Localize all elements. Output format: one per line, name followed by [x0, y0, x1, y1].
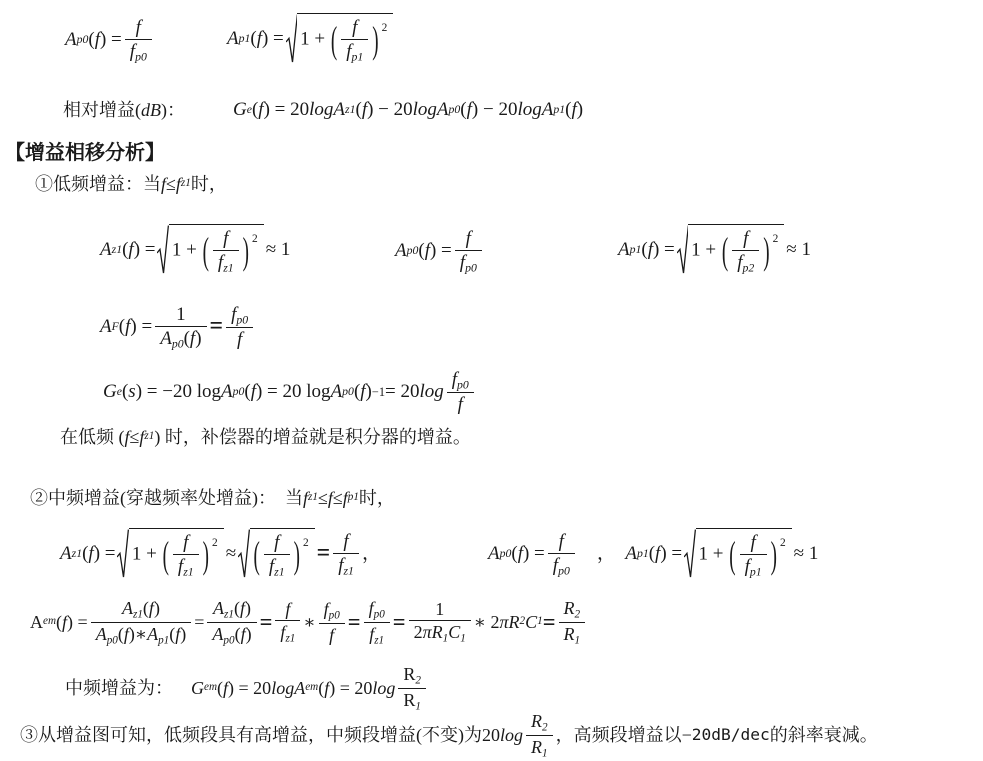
formula-midfreq-ap0-ap1: Ap0(f) = ffp0 ， Ap1(f) = 1 + (ffp1)2 ≈ 1 [488, 516, 818, 592]
item2-mid-freq-intro: ②中频增益(穿越频率处增益)： 当fz1 ≤ f ≤ fp1时， [30, 484, 395, 512]
formula-midfreq-az1: Az1(f) = 1 + (ffz1)2 ≈ (ffz1)2 = ffz1， [60, 516, 381, 592]
lowfreq-note: 在低频 (f ≤ fz1) 时，补偿器的增益就是积分器的增益。 [60, 423, 471, 451]
formula-ap0-definition: Ap0(f) = ffp0 [65, 8, 155, 72]
relative-gain-label: 相对增益(dB)： [63, 95, 185, 125]
item1-low-freq-intro: ①低频增益：当 f ≤ fz1时， [35, 170, 227, 198]
formula-aem: Aem(f) = Az1(f)Ap0(f)∗Ap1(f) = Az1(f)Ap0… [30, 591, 588, 653]
formula-af: AF(f) = 1Ap0(f) = fp0f [100, 297, 256, 357]
section-heading: 【增益相移分析】 [5, 140, 165, 166]
formula-lowfreq-ap0: Ap0(f) = ffp0 [395, 217, 485, 285]
formula-lowfreq-az1: Az1(f) = 1 + (ffz1)2 ≈ 1 [100, 210, 290, 290]
radical-sign [117, 528, 128, 580]
midfreq-gain-line: 中频增益为： Gem(f) = 20logAem(f) = 20logR2R1 [65, 666, 429, 710]
radical-sign [157, 224, 168, 276]
formula-ge-s: Ge(s) = −20 log Ap0(f) = 20 log Ap0(f)−1… [103, 362, 477, 422]
document-page: Ap0(f) = ffp0 Ap1(f) = 1 + (ffp1)2 相对增益(… [0, 0, 983, 761]
formula-lowfreq-ap1: Ap1(f) = 1 + (ffp2)2 ≈ 1 [618, 210, 811, 290]
formula-relative-gain: Ge(f) = 20logAz1(f) − 20logAp0(f) − 20lo… [233, 92, 583, 128]
item3-conclusion: ③从增益图可知，低频段具有高增益，中频段增益(不变)为20log R2R1，高频… [20, 711, 878, 759]
formula-ap1-definition: Ap1(f) = 1 + (ffp1)2 [227, 0, 395, 78]
radical-sign [684, 528, 695, 580]
radical-sign [286, 13, 297, 65]
radical-sign [238, 528, 249, 580]
radical-sign [677, 224, 688, 276]
